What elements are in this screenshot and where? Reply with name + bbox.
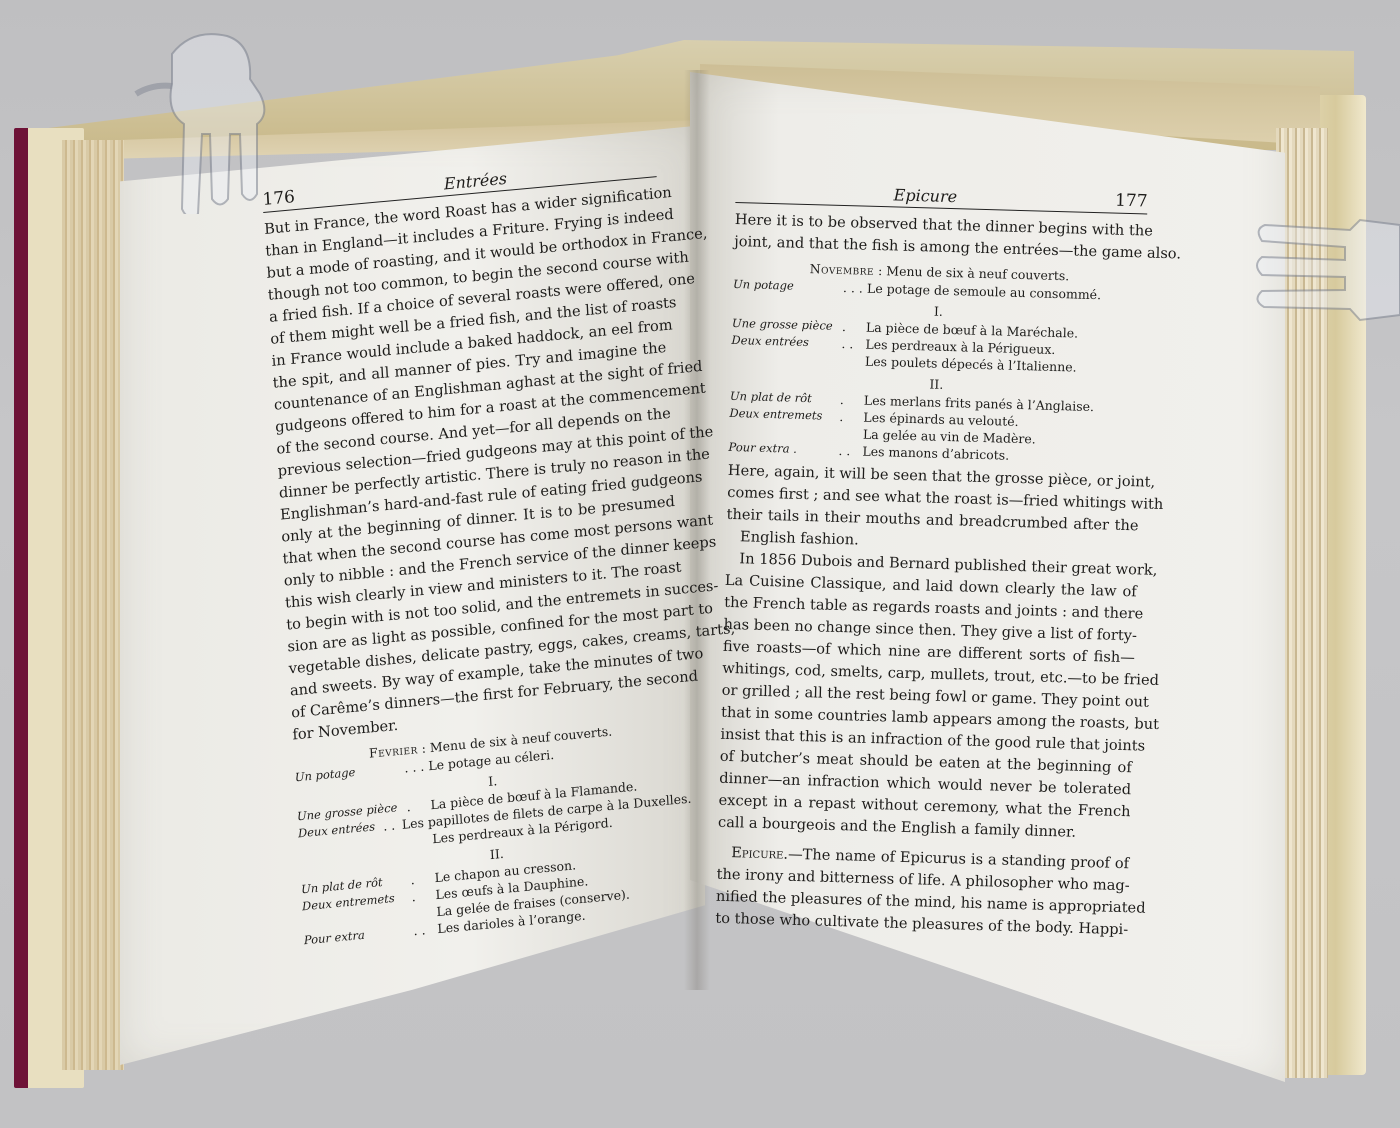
intro-paragraph: Here it is to be observed that the dinne…: [734, 209, 1147, 264]
course-label: Un potage: [733, 276, 843, 296]
leader-dots: . . .: [404, 757, 429, 776]
page-number: 177: [1115, 191, 1148, 212]
menu-month: Novembre: [810, 261, 875, 278]
right-page-text: Epicure 177 Here it is to be observed th…: [715, 180, 1148, 941]
leader-dots: [841, 352, 865, 370]
leader-dots: [408, 830, 433, 849]
plastic-clip-icon: [1250, 205, 1400, 335]
page-stack-left: [62, 140, 124, 1070]
leader-dots: .: [840, 391, 864, 409]
leader-dots: .: [839, 408, 863, 426]
leader-dots: .: [842, 318, 866, 336]
epicure-paragraph: Epicure.—The name of Epicurus is a stand…: [715, 842, 1129, 941]
course-label: Pour extra .: [728, 439, 838, 459]
body-paragraph: Here, again, it will be seen that the gr…: [726, 460, 1140, 559]
photo-scene: 176 Entrées But in France, the word Roas…: [0, 0, 1400, 1128]
plastic-clip-icon: [132, 24, 282, 214]
course-label: [731, 349, 841, 369]
body-paragraph: But in France, the word Roast has a wide…: [264, 183, 687, 746]
leader-dots: [839, 425, 863, 443]
leader-dots: . .: [838, 442, 862, 460]
leader-dots: . .: [383, 816, 403, 835]
leader-dots: . . .: [843, 279, 867, 297]
leader-dots: . .: [841, 335, 865, 353]
menu-month: Fevrier: [369, 741, 419, 760]
left-page-text: 176 Entrées But in France, the word Roas…: [262, 154, 698, 949]
leader-dots: . .: [413, 920, 438, 939]
entry-headword: Epicure.: [731, 844, 788, 863]
body-paragraph: In 1856 Dubois and Bernard published the…: [718, 548, 1138, 845]
